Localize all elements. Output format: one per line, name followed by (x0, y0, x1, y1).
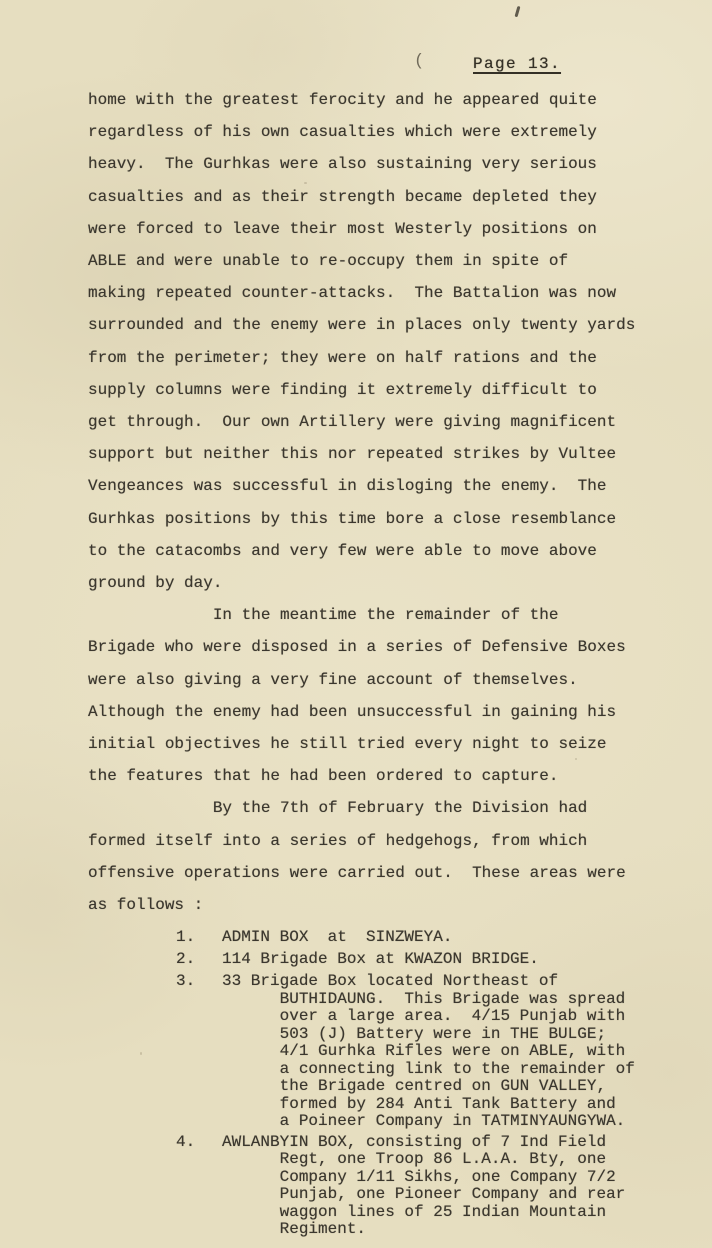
list-item-text: AWLANBYIN BOX, consisting of 7 Ind Field… (222, 1134, 625, 1239)
paper-speck (304, 182, 307, 184)
document-page: ( Page 13. home with the greatest feroci… (0, 0, 712, 1248)
list-item-number: 3. (176, 973, 222, 991)
page-number-label: Page 13. (473, 55, 561, 73)
paper-speck (575, 758, 577, 760)
list-item-text: 33 Brigade Box located Northeast of BUTH… (222, 973, 635, 1131)
paper-speck (140, 1052, 142, 1055)
list-item-number: 1. (176, 929, 222, 947)
page-number: Page 13. (473, 55, 561, 73)
stray-ink-mark (515, 6, 520, 17)
list-item: 1. ADMIN BOX at SINZWEYA. (176, 929, 635, 947)
list-item-text: 114 Brigade Box at KWAZON BRIDGE. (222, 951, 539, 969)
list-item-number: 4. (176, 1134, 222, 1152)
stray-paren-mark: ( (414, 52, 424, 71)
list-item: 4. AWLANBYIN BOX, consisting of 7 Ind Fi… (176, 1134, 635, 1239)
list-item: 2. 114 Brigade Box at KWAZON BRIDGE. (176, 951, 635, 969)
list-item-text: ADMIN BOX at SINZWEYA. (222, 929, 452, 947)
numbered-list: 1. ADMIN BOX at SINZWEYA. 2. 114 Brigade… (176, 929, 635, 1239)
list-item-number: 2. (176, 951, 222, 969)
list-item: 3. 33 Brigade Box located Northeast of B… (176, 973, 635, 1131)
body-text: home with the greatest ferocity and he a… (88, 84, 635, 921)
